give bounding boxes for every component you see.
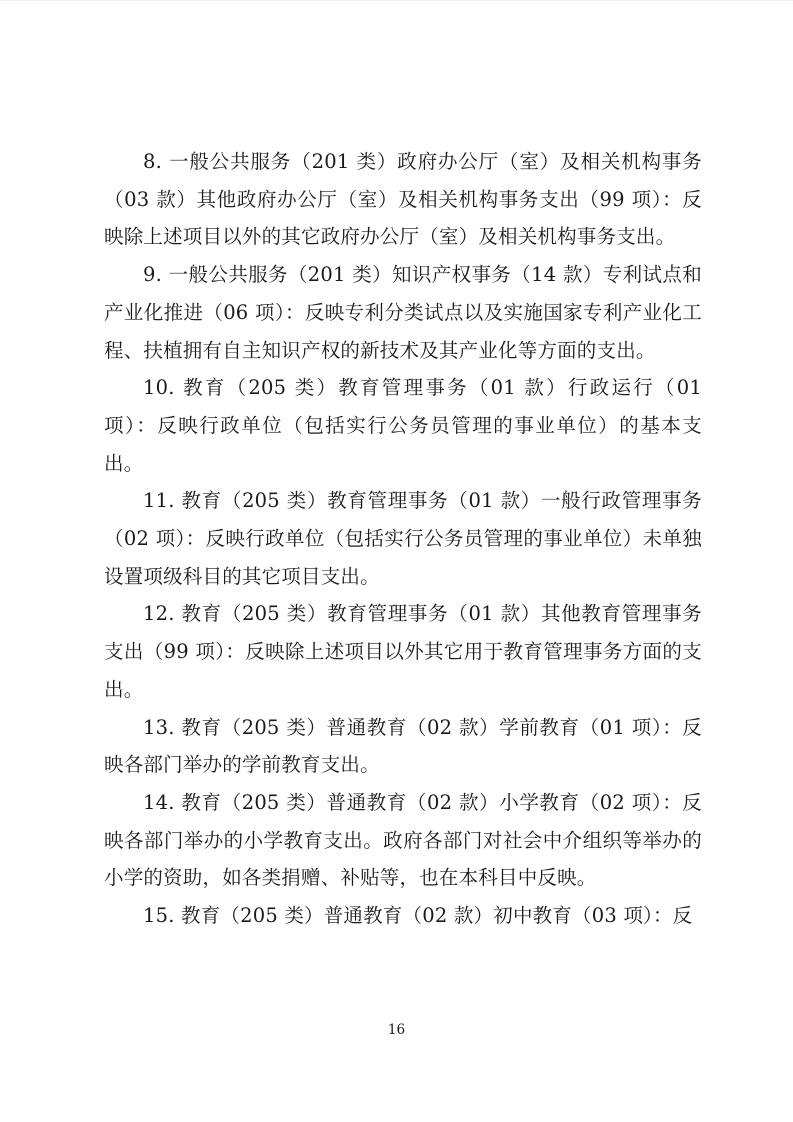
paragraph-item-10: 10. 教育（205 类）教育管理事务（01 款）行政运行（01 项）：反映行政… <box>104 369 702 482</box>
paragraph-item-13: 13. 教育（205 类）普通教育（02 款）学前教育（01 项）：反映各部门举… <box>104 709 702 784</box>
paragraph-item-15: 15. 教育（205 类）普通教育（02 款）初中教育（03 项）：反 <box>104 897 702 935</box>
paragraph-item-9: 9. 一般公共服务（201 类）知识产权事务（14 款）专利试点和产业化推进（0… <box>104 256 702 369</box>
paragraph-item-12: 12. 教育（205 类）教育管理事务（01 款）其他教育管理事务支出（99 项… <box>104 595 702 708</box>
document-page: 8. 一般公共服务（201 类）政府办公厅（室）及相关机构事务（03 款）其他政… <box>0 0 793 1122</box>
paragraph-item-11: 11. 教育（205 类）教育管理事务（01 款）一般行政管理事务（02 项）：… <box>104 482 702 595</box>
paragraph-item-8: 8. 一般公共服务（201 类）政府办公厅（室）及相关机构事务（03 款）其他政… <box>104 143 702 256</box>
page-number: 16 <box>388 1022 405 1038</box>
document-body: 8. 一般公共服务（201 类）政府办公厅（室）及相关机构事务（03 款）其他政… <box>104 143 702 935</box>
paragraph-item-14: 14. 教育（205 类）普通教育（02 款）小学教育（02 项）：反映各部门举… <box>104 784 702 897</box>
page-footer: 16 <box>0 1019 793 1038</box>
